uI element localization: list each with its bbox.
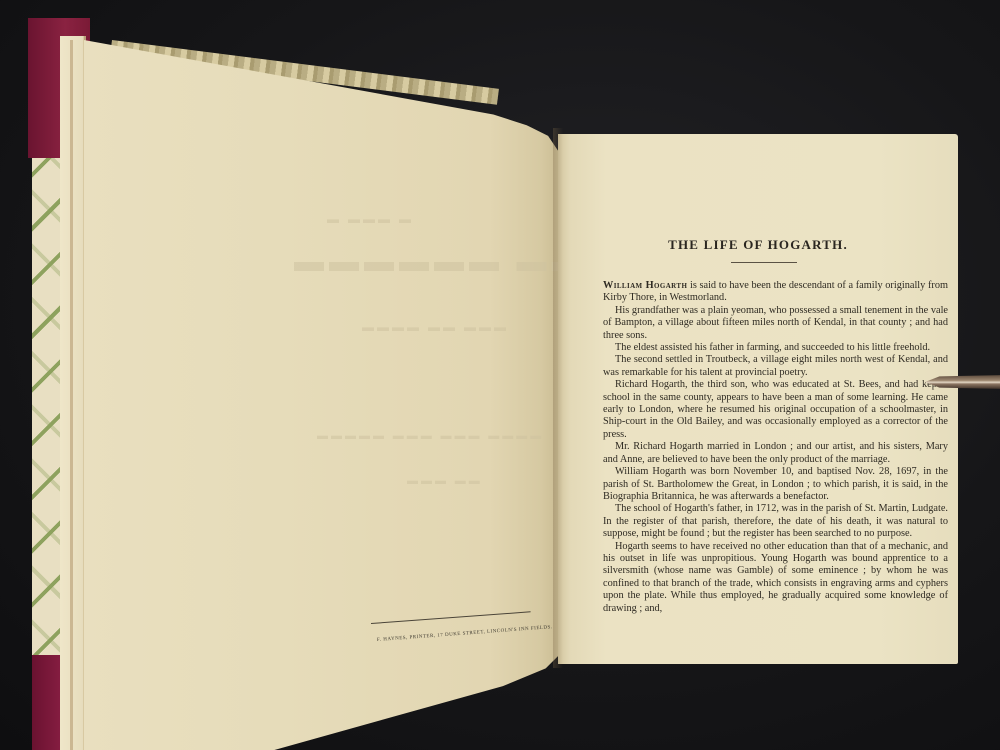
left-page-verso: ▬ ▬▬▬ ▬ ▬▬▬▬▬ ▬▬▬▬▬▬ ▬▬▬ ▬▬ ▬▬▬▬ ▬▬▬▬ ▬▬…	[84, 40, 560, 750]
paragraph: Mr. Richard Hogarth married in London ; …	[603, 441, 948, 466]
endpaper-strip	[60, 36, 86, 750]
bleed-through-text: ▬ ▬▬▬ ▬	[324, 212, 411, 227]
paragraph: Hogarth seems to have received no other …	[603, 541, 948, 615]
paragraph: William Hogarth was born November 10, an…	[603, 466, 948, 503]
paragraph: The school of Hogarth's father, in 1712,…	[603, 503, 948, 540]
title-rule	[731, 262, 797, 263]
right-page-recto: THE LIFE OF HOGARTH. William Hogarth is …	[558, 134, 958, 664]
bleed-through-text: ▬▬ ▬▬▬	[404, 475, 480, 487]
paragraph: The eldest assisted his father in farmin…	[603, 342, 948, 354]
endpaper-hinge-line	[70, 40, 73, 750]
paragraph: The second settled in Troutbeck, a villa…	[603, 354, 948, 379]
bleed-through-text: ▬▬▬ ▬▬ ▬▬▬▬	[359, 320, 506, 335]
paragraph: His grandfather was a plain yeoman, who …	[603, 305, 948, 342]
imprint-rule	[371, 611, 531, 624]
paragraph: Richard Hogarth, the third son, who was …	[603, 379, 948, 441]
bleed-through-text: ▬▬▬▬ ▬▬▬ ▬▬▬ ▬▬▬▬▬	[314, 430, 541, 442]
paragraph-lead: William Hogarth	[603, 280, 687, 291]
paragraph: William Hogarth is said to have been the…	[603, 280, 948, 305]
book-gutter-shadow	[553, 128, 563, 668]
body-text: William Hogarth is said to have been the…	[603, 280, 948, 615]
printer-imprint: F. HAYNES, PRINTER, 17 DUKE STREET, LINC…	[377, 625, 553, 643]
chapter-title: THE LIFE OF HOGARTH.	[558, 237, 958, 253]
